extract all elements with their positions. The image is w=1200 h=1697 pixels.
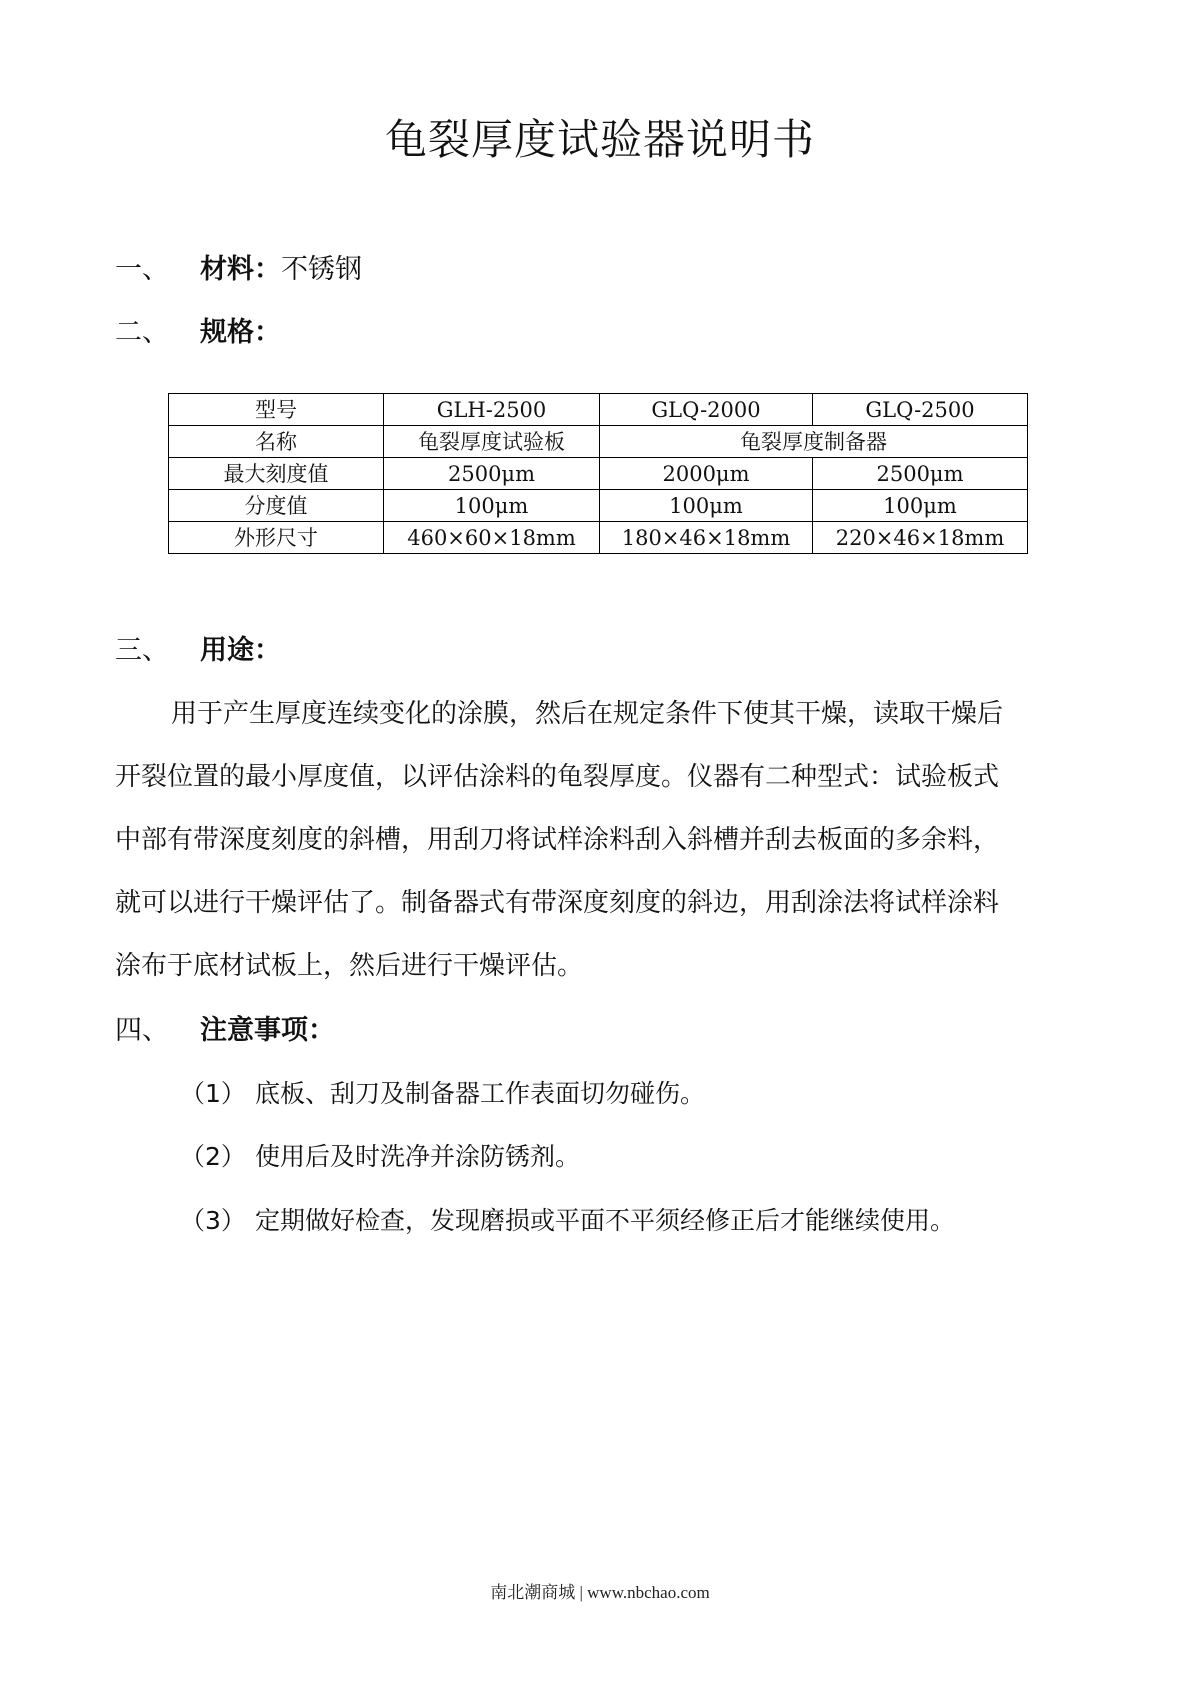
table-cell: 220×46×18mm [813, 522, 1028, 554]
table-cell: 100μm [600, 490, 813, 522]
table-cell: 2500μm [384, 458, 600, 490]
section-heading: 规格： [200, 317, 281, 348]
section-number: 二、 [115, 316, 200, 350]
table-cell: 分度值 [169, 490, 384, 522]
section-number: 三、 [115, 634, 200, 668]
table-cell: 龟裂厚度试验板 [384, 426, 600, 458]
usage-paragraph: 用于产生厚度连续变化的涂膜，然后在规定条件下使其干燥，读取干燥后 开裂位置的最小… [115, 683, 1100, 998]
table-row-division: 分度值 100μm 100μm 100μm [169, 490, 1028, 522]
table-cell: GLQ-2000 [600, 394, 813, 426]
table-row-name: 名称 龟裂厚度试验板 龟裂厚度制备器 [169, 426, 1028, 458]
section-usage: 三、用途： [115, 634, 281, 668]
table-cell: 100μm [813, 490, 1028, 522]
note-item: （3）定期做好检查，发现磨损或平面不平须经修正后才能继续使用。 [180, 1204, 955, 1238]
table-cell: 100μm [384, 490, 600, 522]
table-row-model: 型号 GLH-2500 GLQ-2000 GLQ-2500 [169, 394, 1028, 426]
section-heading: 用途： [200, 635, 281, 666]
table-cell: 外形尺寸 [169, 522, 384, 554]
note-item: （2）使用后及时洗净并涂防锈剂。 [180, 1140, 580, 1174]
paragraph-line: 中部有带深度刻度的斜槽，用刮刀将试样涂料刮入斜槽并刮去板面的多余料， [115, 809, 1100, 872]
table-cell: 龟裂厚度制备器 [600, 426, 1028, 458]
note-text: 定期做好检查，发现磨损或平面不平须经修正后才能继续使用。 [255, 1206, 955, 1235]
table-cell: 2500μm [813, 458, 1028, 490]
paragraph-line: 就可以进行干燥评估了。制备器式有带深度刻度的斜边，用刮涂法将试样涂料 [115, 872, 1100, 935]
table-cell: 460×60×18mm [384, 522, 600, 554]
table-cell: 2000μm [600, 458, 813, 490]
note-text: 底板、刮刀及制备器工作表面切勿碰伤。 [255, 1079, 705, 1108]
table-cell: 型号 [169, 394, 384, 426]
section-notes: 四、注意事项： [115, 1014, 335, 1048]
note-index: （1） [180, 1077, 255, 1111]
table-cell: GLQ-2500 [813, 394, 1028, 426]
section-heading: 注意事项： [200, 1015, 335, 1046]
note-index: （2） [180, 1140, 255, 1174]
table-cell: 180×46×18mm [600, 522, 813, 554]
note-item: （1）底板、刮刀及制备器工作表面切勿碰伤。 [180, 1077, 705, 1111]
section-spec: 二、规格： [115, 316, 281, 350]
table-cell: 最大刻度值 [169, 458, 384, 490]
table-cell: 名称 [169, 426, 384, 458]
paragraph-line: 涂布于底材试板上，然后进行干燥评估。 [115, 935, 1100, 998]
material-value: 不锈钢 [281, 254, 362, 285]
table-cell: GLH-2500 [384, 394, 600, 426]
footer-watermark: 南北潮商城 | www.nbchao.com [0, 1578, 1200, 1603]
spec-table: 型号 GLH-2500 GLQ-2000 GLQ-2500 名称 龟裂厚度试验板… [168, 393, 1028, 554]
paragraph-line: 用于产生厚度连续变化的涂膜，然后在规定条件下使其干燥，读取干燥后 [115, 683, 1100, 746]
paragraph-line: 开裂位置的最小厚度值，以评估涂料的龟裂厚度。仪器有二种型式：试验板式 [115, 746, 1100, 809]
section-material: 一、材料：不锈钢 [115, 253, 362, 287]
section-number: 一、 [115, 253, 200, 287]
document-title: 龟裂厚度试验器说明书 [0, 115, 1200, 165]
table-row-dimensions: 外形尺寸 460×60×18mm 180×46×18mm 220×46×18mm [169, 522, 1028, 554]
table-row-max-scale: 最大刻度值 2500μm 2000μm 2500μm [169, 458, 1028, 490]
note-index: （3） [180, 1204, 255, 1238]
note-text: 使用后及时洗净并涂防锈剂。 [255, 1142, 580, 1171]
section-heading: 材料： [200, 254, 281, 285]
section-number: 四、 [115, 1014, 200, 1048]
